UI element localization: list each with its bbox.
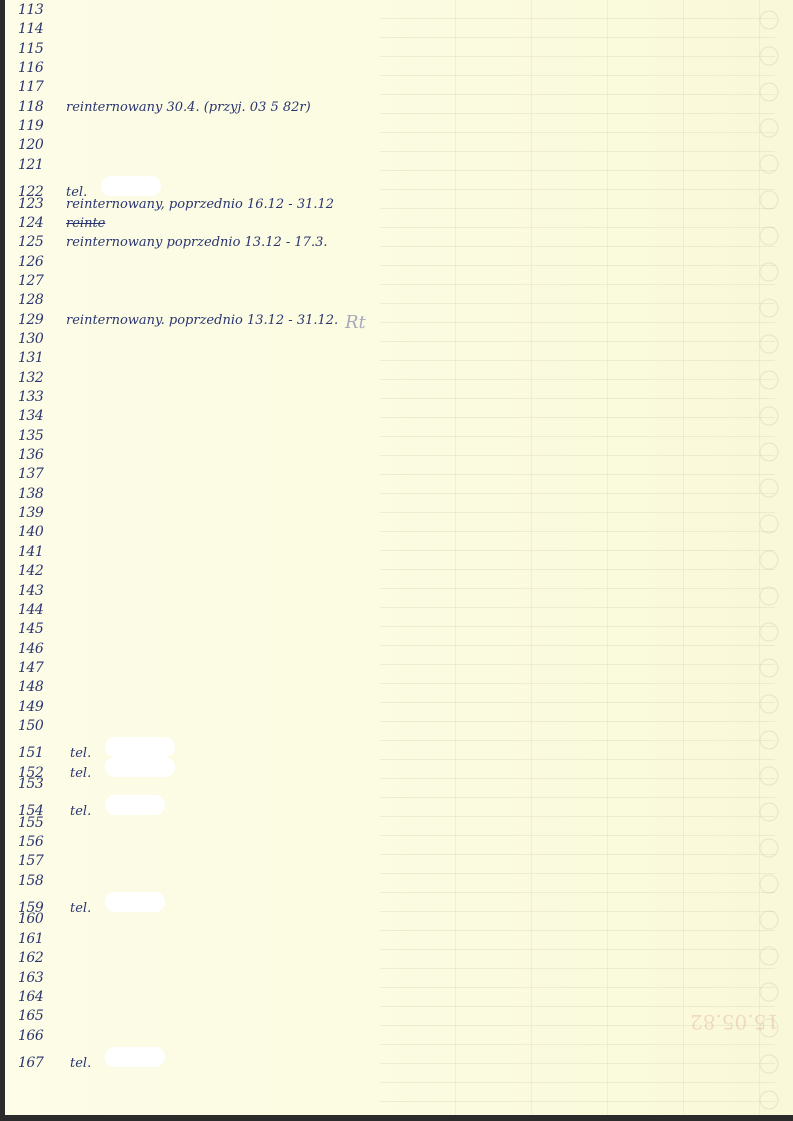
entry-number: 167 [18, 1055, 52, 1071]
entry-note: reinternowany. poprzednio 13.12 - 31.12. [66, 313, 338, 328]
entry-note: reinternowany poprzednio 13.12 - 17.3. [66, 235, 328, 250]
entry-number: 157 [18, 853, 52, 869]
bleed-through-stamp: 15.05.82 [690, 1010, 779, 1034]
entry-number: 137 [18, 466, 52, 482]
entry-number: 118 [18, 99, 52, 115]
pencil-initials: Rt [345, 312, 366, 333]
scan-edge-bottom [0, 1115, 793, 1121]
entry-number: 139 [18, 505, 52, 521]
redaction-mark [105, 757, 175, 777]
entry-number: 148 [18, 679, 52, 695]
list-item: 167tel. [18, 1047, 165, 1069]
entry-number: 134 [18, 408, 52, 424]
entry-number: 131 [18, 350, 52, 366]
entry-number: 142 [18, 563, 52, 579]
entry-number: 132 [18, 370, 52, 386]
entry-number: 153 [18, 776, 52, 792]
entry-number: 150 [18, 718, 52, 734]
entry-number: 125 [18, 234, 52, 250]
redaction-mark [105, 892, 165, 912]
entry-number: 114 [18, 21, 52, 37]
entry-number: 140 [18, 524, 52, 540]
redaction-mark [101, 176, 161, 196]
entry-number: 124 [18, 215, 52, 231]
entry-number: 115 [18, 41, 52, 57]
struck-note: reinte [66, 216, 105, 231]
entry-number: 129 [18, 312, 52, 328]
entry-number: 147 [18, 660, 52, 676]
entry-number: 166 [18, 1028, 52, 1044]
list-item: 118reinternowany 30.4. (przyj. 03 5 82r) [18, 99, 311, 121]
bleed-through-table [380, 0, 775, 1115]
entry-note: tel. [70, 901, 91, 916]
redaction-mark [105, 1047, 165, 1067]
entry-number: 130 [18, 331, 52, 347]
entry-number: 161 [18, 931, 52, 947]
entry-number: 135 [18, 428, 52, 444]
redaction-mark [105, 737, 175, 757]
entry-number: 144 [18, 602, 52, 618]
entry-number: 143 [18, 583, 52, 599]
entry-number: 120 [18, 137, 52, 153]
document-page: 113114115116117118reinternowany 30.4. (p… [0, 0, 793, 1121]
entry-number: 113 [18, 2, 52, 18]
entry-note: reinternowany 30.4. (przyj. 03 5 82r) [66, 100, 311, 115]
entry-note: tel. [70, 766, 91, 781]
entry-number: 155 [18, 815, 52, 831]
entry-number: 123 [18, 196, 52, 212]
entry-number: 149 [18, 699, 52, 715]
binder-holes [758, 0, 780, 1115]
entry-number: 116 [18, 60, 52, 76]
entry-number: 138 [18, 486, 52, 502]
entry-number: 136 [18, 447, 52, 463]
entry-number: 163 [18, 970, 52, 986]
entry-number: 158 [18, 873, 52, 889]
entry-number: 121 [18, 157, 52, 173]
entry-number: 165 [18, 1008, 52, 1024]
entry-note: tel. [70, 1056, 91, 1071]
entry-number: 156 [18, 834, 52, 850]
entry-number: 164 [18, 989, 52, 1005]
entry-number: 128 [18, 292, 52, 308]
scan-edge-left [0, 0, 5, 1121]
entry-number: 119 [18, 118, 52, 134]
entry-number: 133 [18, 389, 52, 405]
entry-number: 117 [18, 79, 52, 95]
list-item: 129reinternowany. poprzednio 13.12 - 31.… [18, 312, 338, 334]
entry-note: reinternowany, poprzednio 16.12 - 31.12 [66, 197, 334, 212]
entry-number: 127 [18, 273, 52, 289]
entry-number: 146 [18, 641, 52, 657]
list-item: 125reinternowany poprzednio 13.12 - 17.3… [18, 234, 328, 256]
entry-number: 162 [18, 950, 52, 966]
entry-note: tel. [70, 804, 91, 819]
entry-number: 145 [18, 621, 52, 637]
entry-number: 126 [18, 254, 52, 270]
entry-number: 160 [18, 911, 52, 927]
entry-number: 141 [18, 544, 52, 560]
redaction-mark [105, 795, 165, 815]
